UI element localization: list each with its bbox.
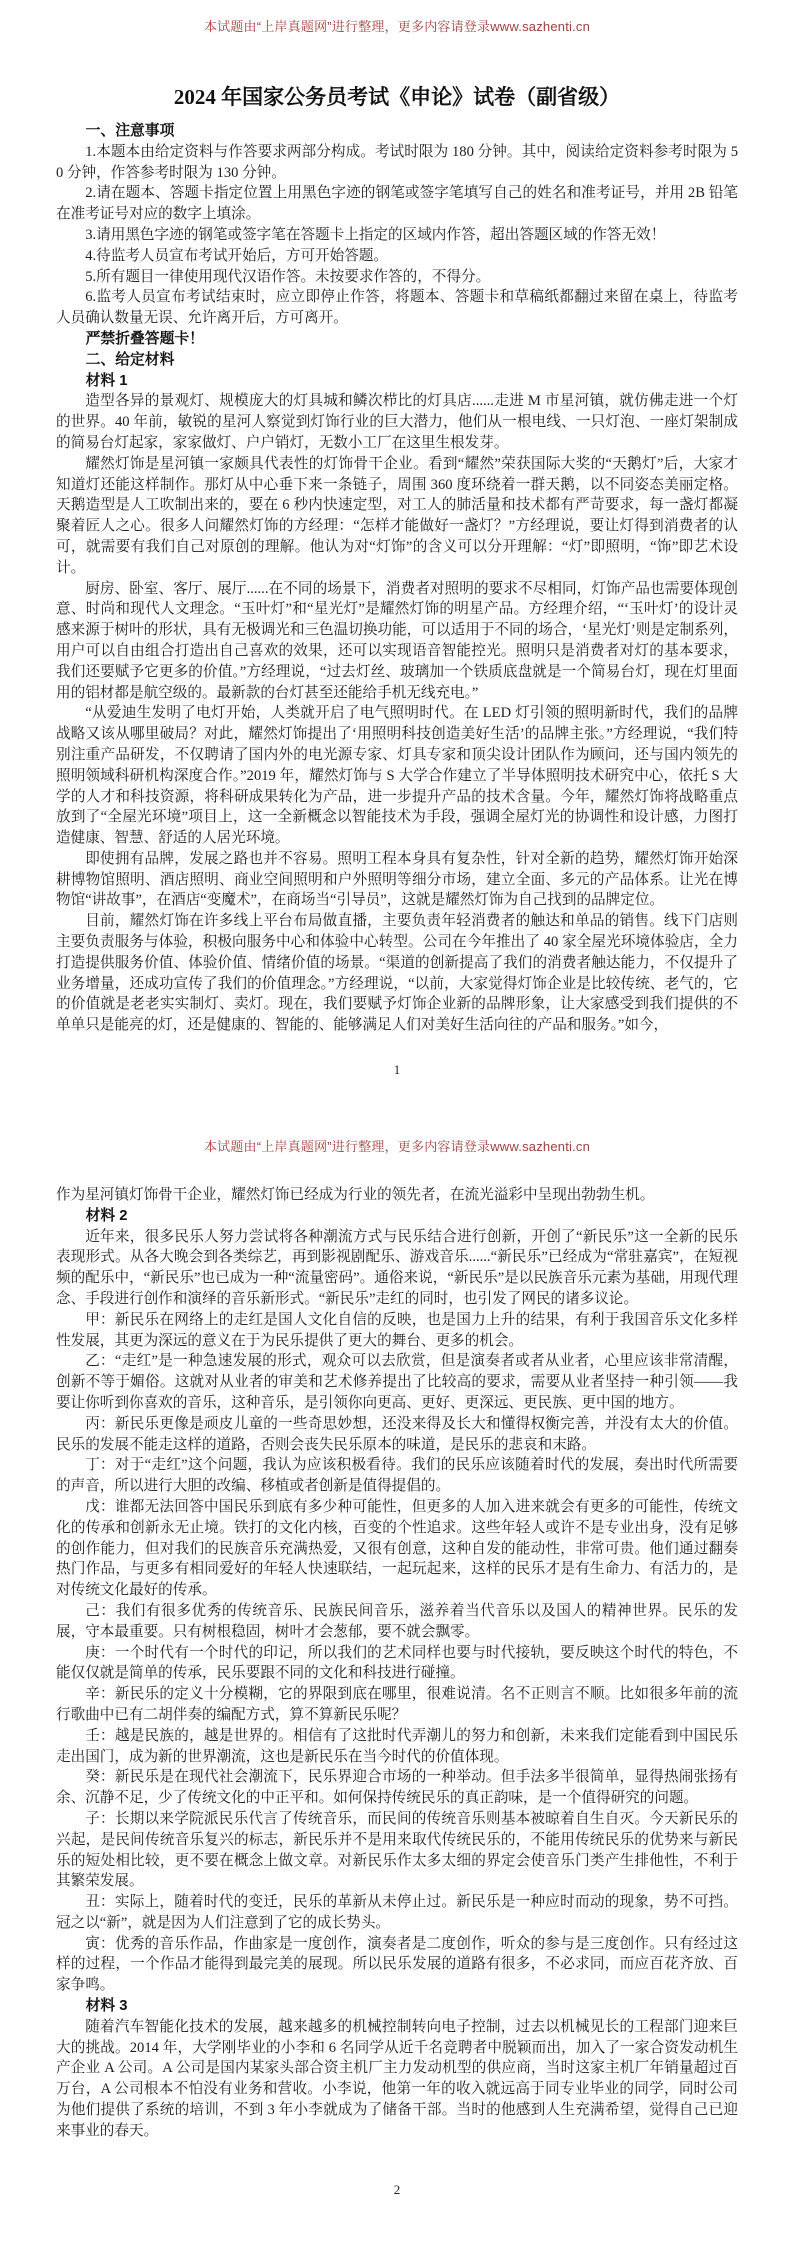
material-1-paragraph: 造型各异的景观灯、规模庞大的灯具城和鳞次栉比的灯具店......走进 M 市星河…	[56, 391, 738, 453]
material-2-paragraph: 戊：谁都无法回答中国民乐到底有多少种可能性，但更多的人加入进来就会有更多的可能性…	[56, 1497, 738, 1601]
source-watermark-banner: 本试题由“上岸真题网”进行整理，更多内容请登录www.sazhenti.cn	[0, 1120, 794, 1155]
notice-item: 2.请在题本、答题卡指定位置上用黑色字迹的钢笔或签字笔填写自己的姓名和准考证号，…	[56, 183, 738, 225]
material-2-paragraph: 子：长期以来学院派民乐代言了传统音乐，而民间的传统音乐则基本被晾着自生自灭。今天…	[56, 1809, 738, 1892]
document-page-1: 本试题由“上岸真题网”进行整理，更多内容请登录www.sazhenti.cn 2…	[0, 0, 794, 1120]
material-2-paragraph: 寅：优秀的音乐作品，作曲家是一度创作，演奏者是二度创作，听众的参与是三度创作。只…	[56, 1934, 738, 1996]
notice-item: 5.所有题目一律使用现代汉语作答。未按要求作答的，不得分。	[56, 267, 738, 288]
material-2-paragraph: 庚：一个时代有一个时代的印记，所以我们的艺术同样也要与时代接轨，要反映这个时代的…	[56, 1643, 738, 1685]
notice-item: 3.请用黑色字迹的钢笔或签字笔在答题卡上指定的区域内作答，超出答题区域的作答无效…	[56, 225, 738, 246]
material-2-paragraph: 丙：新民乐更像是顽皮儿童的一些奇思妙想，还没来得及长大和懂得权衡完善，并没有太大…	[56, 1414, 738, 1456]
notice-item: 6.监考人员宣布考试结束时，应立即停止作答，将题本、答题卡和草稿纸都翻过来留在桌…	[56, 287, 738, 329]
exam-title: 2024 年国家公务员考试《申论》试卷（副省级）	[56, 81, 738, 111]
material-2-paragraph: 近年来，很多民乐人努力尝试将各种潮流方式与民乐结合进行创新，开创了“新民乐”这一…	[56, 1227, 738, 1310]
material-2-paragraph: 癸：新民乐是在现代社会潮流下，民乐界迎合市场的一种举动。但手法多半很简单，显得热…	[56, 1767, 738, 1809]
material-2-paragraph: 甲：新民乐在网络上的走红是国人文化自信的反映，也是国力上升的结果，有利于我国音乐…	[56, 1310, 738, 1352]
page-number: 2	[0, 2182, 794, 2198]
material-2-paragraph: 壬：越是民族的，越是世界的。相信有了这批时代弄潮儿的努力和创新，未来我们定能看到…	[56, 1726, 738, 1768]
material-1-continuation: 作为星河镇灯饰骨干企业，耀然灯饰已经成为行业的领先者，在流光溢彩中呈现出勃勃生机…	[56, 1185, 738, 1206]
material-1-heading: 材料 1	[56, 371, 738, 392]
document-page-2: 本试题由“上岸真题网”进行整理，更多内容请登录www.sazhenti.cn 作…	[0, 1120, 794, 2244]
material-3-heading: 材料 3	[56, 1996, 738, 2017]
material-2-paragraph: 丁：对于“走红”这个问题，我认为应该积极看待。我们的民乐应该随着时代的发展，奏出…	[56, 1455, 738, 1497]
material-2-paragraph: 辛：新民乐的定义十分模糊，它的界限到底在哪里，很难说清。名不正则言不顺。比如很多…	[56, 1684, 738, 1726]
notice-item: 1.本题本由给定资料与作答要求两部分构成。考试时限为 180 分钟。其中，阅读给…	[56, 142, 738, 184]
section-heading-notices: 一、注意事项	[56, 121, 738, 142]
section-heading-materials: 二、给定材料	[56, 350, 738, 371]
source-watermark-banner: 本试题由“上岸真题网”进行整理，更多内容请登录www.sazhenti.cn	[0, 0, 794, 35]
material-2-paragraph: 己：我们有很多优秀的传统音乐、民族民间音乐，滋养着当代音乐以及国人的精神世界。民…	[56, 1601, 738, 1643]
no-fold-warning: 严禁折叠答题卡！	[56, 329, 738, 350]
material-1-paragraph: “从爱迪生发明了电灯开始，人类就开启了电气照明时代。在 LED 灯引领的照明新时…	[56, 703, 738, 849]
material-2-heading: 材料 2	[56, 1206, 738, 1227]
page-content: 作为星河镇灯饰骨干企业，耀然灯饰已经成为行业的领先者，在流光溢彩中呈现出勃勃生机…	[0, 1185, 794, 2142]
page-number: 1	[0, 1062, 794, 1078]
page-content: 2024 年国家公务员考试《申论》试卷（副省级） 一、注意事项 1.本题本由给定…	[0, 81, 794, 1036]
material-1-paragraph: 厨房、卧室、客厅、展厅......在不同的场景下，消费者对照明的要求不尽相同，灯…	[56, 579, 738, 704]
material-2-paragraph: 乙：“走红”是一种急速发展的形式，观众可以去欣赏，但是演奏者或者从业者，心里应该…	[56, 1351, 738, 1413]
material-3-paragraph: 随着汽车智能化技术的发展，越来越多的机械控制转向电子控制，过去以机械见长的工程部…	[56, 2017, 738, 2142]
material-1-paragraph: 即使拥有品牌，发展之路也并不容易。照明工程本身具有复杂性，针对全新的趋势，耀然灯…	[56, 849, 738, 911]
material-1-paragraph: 目前，耀然灯饰在许多线上平台布局做直播，主要负责年轻消费者的触达和单品的销售。线…	[56, 911, 738, 1036]
material-1-paragraph: 耀然灯饰是星河镇一家颇具代表性的灯饰骨干企业。看到“耀然”荣获国际大奖的“天鹅灯…	[56, 454, 738, 579]
material-2-paragraph: 丑：实际上，随着时代的变迁，民乐的革新从未停止过。新民乐是一种应时而动的现象，势…	[56, 1892, 738, 1934]
notice-item: 4.待监考人员宣布考试开始后，方可开始答题。	[56, 246, 738, 267]
